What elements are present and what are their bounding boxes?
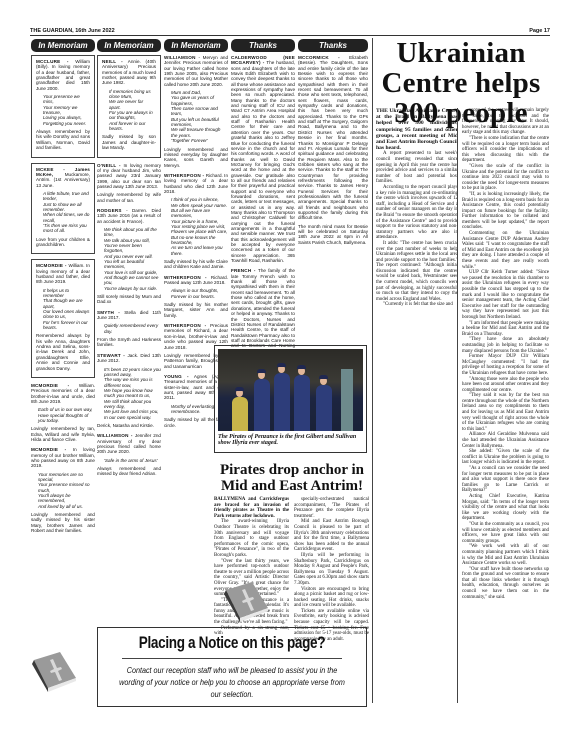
article-paragraph: "As a council can we consider the need f… bbox=[462, 466, 549, 494]
article-paragraph: Visitors are encouraged to bring along a… bbox=[294, 587, 369, 609]
notice-verse: Your presence we miss,Your memory we tre… bbox=[36, 94, 90, 126]
article-paragraph: "They said it was by far the best run ce… bbox=[462, 393, 549, 432]
notice-verse: A little tribute, true and tender,Just t… bbox=[36, 191, 90, 234]
notice-entry: MCCORMICK - Elizabeth (Bessie). The Daug… bbox=[298, 55, 368, 245]
notice-entry: MCMORDIE - In loving memory of our broth… bbox=[31, 447, 95, 533]
notice-text: WITHERSPOON - Richard. Passed away 12th … bbox=[164, 275, 228, 286]
notice-verse: Always in our thoughts,Forever in our he… bbox=[164, 288, 228, 299]
verse-line: You've never been forgotten, bbox=[104, 243, 161, 254]
notice-entry: MCMORDIE - William. In loving memory of … bbox=[31, 259, 95, 378]
verse-line: Forever in our hearts. bbox=[171, 294, 228, 299]
memoriam-column-2: In MemoriamNEILL - Annie. (40th Annivers… bbox=[97, 39, 161, 482]
notice-name: RODGERS bbox=[97, 208, 126, 213]
notice-text: NEILL - Annie. (40th Anniversary) Precio… bbox=[102, 59, 156, 86]
article-paragraph: A report presented to last week's counci… bbox=[376, 151, 458, 185]
verse-line: It helps us to remember bbox=[43, 288, 90, 299]
article-paragraph: Illyria will be performing in Shaftesbur… bbox=[294, 553, 369, 587]
verse-line: You left us beautiful memories, bbox=[104, 259, 161, 270]
memoriam-column-1: In MemoriamMCCLURE - William (Billy). In… bbox=[31, 39, 95, 538]
verse-line: Our loved ones always close to us, bbox=[43, 309, 90, 320]
notice-name: MCMORDIE - bbox=[31, 447, 73, 452]
notice-name: MCCORMICK - bbox=[298, 55, 349, 60]
section-banner: Thanks bbox=[298, 39, 368, 52]
article-paragraph: scope of the centres will remain largely… bbox=[462, 108, 549, 136]
notice-signoff: Lovingly remembered and missed everyday … bbox=[164, 147, 228, 168]
notice-body: Elizabeth (Bessie). The Daughters, Sons … bbox=[298, 55, 368, 220]
verse-line: In our own special way. bbox=[104, 415, 161, 420]
verse-line: You'll always be remembered, bbox=[38, 493, 95, 504]
notice-verse: Mum and Dad,You gave us years of happine… bbox=[164, 90, 228, 143]
verse-line: Quietly remembered every day. bbox=[104, 323, 161, 334]
article-paragraph: Mid and East Antrim Borough Council is p… bbox=[294, 519, 369, 553]
second-article-body-2: specially-orchestrated nautical accompan… bbox=[294, 497, 369, 642]
notice-signoff: Sadly missed by his mother Margaret, sis… bbox=[164, 302, 228, 318]
verse-line: 'Safe in the arms of Jesus' bbox=[104, 458, 161, 463]
publication-line: THE GUARDIAN, 16th June 2022 bbox=[30, 28, 115, 34]
notice-name: SMYTH - bbox=[97, 310, 124, 315]
verse-line: We still think about you every day, bbox=[104, 399, 161, 410]
notice-text: MCMORDIE - In loving memory of our broth… bbox=[31, 447, 95, 468]
column-divider bbox=[457, 108, 458, 703]
notice-verse: Quietly remembered every day. bbox=[97, 323, 161, 334]
verse-line: Forgetting you never. bbox=[43, 121, 90, 126]
placing-notice-title: Placing a Notice on this page? bbox=[127, 634, 337, 653]
verse-line: We will treasure through the years. bbox=[171, 127, 228, 138]
notice-entry: MCMORDIE - William. Precious memories of… bbox=[31, 383, 95, 442]
verse-line: Flowers we place with care, bbox=[171, 229, 228, 234]
verse-line: And forever in our hearts. bbox=[109, 121, 156, 132]
notice-entry: CALDERWOOD (NEE MCGARVEY) - The husband,… bbox=[231, 55, 295, 263]
article-paragraph: specially-orchestrated nautical accompan… bbox=[294, 497, 369, 519]
verse-line: Have special thoughts of you today. bbox=[38, 413, 95, 424]
photo-caption: The Pirates of Penzance is the first Gil… bbox=[218, 434, 363, 447]
notice-verse: It helps us to rememberThat though we ar… bbox=[36, 288, 90, 331]
verse-line: Your memories are so special, bbox=[38, 472, 95, 483]
article-paragraph: "They have done an absolutely outstandin… bbox=[462, 337, 549, 354]
verse-line: The way we miss you is different now, bbox=[104, 377, 161, 388]
notice-text: O'NEILL - In loving memory of my dear hu… bbox=[97, 163, 161, 190]
placing-notice-body: Contact our reception staff who will be … bbox=[117, 665, 347, 701]
article-paragraph: "Out in the community as a council, you … bbox=[462, 522, 549, 544]
article-paragraph: "Given the scale of the conflict in Ukra… bbox=[462, 164, 549, 192]
notice-text: SMYTH - Stella died 11th June 2017. bbox=[97, 310, 161, 321]
second-headline: Pirates drop anchor in Mid and East Antr… bbox=[214, 462, 370, 494]
article-paragraph: "Currently it is felt that the size and bbox=[376, 302, 458, 308]
article-paragraph: "There is some indication that the centr… bbox=[462, 136, 549, 164]
notice-signoff: Lovingly remembered by Ian, Edna, Willar… bbox=[31, 426, 95, 442]
notice-text: MCMORDIE - William. In loving memory of … bbox=[36, 263, 90, 284]
notice-name: STEWART - bbox=[97, 353, 127, 358]
verse-line: We are never far apart. bbox=[109, 99, 156, 110]
verse-line: You're always by our side. bbox=[104, 286, 161, 291]
notice-signoff: Lovingly remembered and sadly missed by … bbox=[31, 512, 95, 533]
placing-notice-box: Placing a Notice on this page? Contact o… bbox=[97, 627, 367, 707]
article-paragraph: Former Mayor DUP Cllr William McCaughey … bbox=[462, 354, 549, 376]
notice-body: The husband, sons and daughters of the l… bbox=[231, 60, 295, 263]
notice-entry: RODGERS - Darren. Died 13th June 2016 (a… bbox=[97, 208, 161, 305]
bible-cross-icon bbox=[30, 650, 80, 692]
notice-signoff: Always remembered by his wife Dorothy an… bbox=[36, 129, 90, 150]
verse-line: Your presence we miss, bbox=[43, 94, 90, 105]
notice-entry: O'NEILL - In loving memory of my dear hu… bbox=[97, 163, 161, 203]
notice-signoff: Always remembered and missed by dear fri… bbox=[97, 466, 161, 477]
verse-line: For he's forever in our hearts. bbox=[43, 320, 90, 331]
notice-text: RODGERS - Darren. Died 13th June 2016 (a… bbox=[97, 208, 161, 224]
notice-entry: WILLIAMSON - Mervyn and Jennifer. Precio… bbox=[164, 55, 228, 168]
verse-line: And loved by all of us. bbox=[38, 504, 95, 509]
column-divider bbox=[372, 38, 373, 703]
notice-text: WILLIAMSON - Jennifer 2nd Anniversary of… bbox=[97, 433, 161, 454]
notice-signoff: Remembered always by his wife Anna, daug… bbox=[36, 333, 90, 370]
notice-verse: 'Safe in the arms of Jesus' bbox=[97, 458, 161, 463]
pirates-photo bbox=[218, 349, 363, 431]
section-banner: In Memoriam bbox=[31, 39, 95, 52]
verse-line: Then came sorrow and tears, bbox=[171, 106, 228, 117]
verse-line: Each of us in our own way, bbox=[38, 407, 95, 412]
article-paragraph: Alliance Ald Geraldine Mulvenna said she… bbox=[462, 432, 549, 449]
notice-signoff: From the Smyth and Harkness families. bbox=[97, 337, 161, 348]
notice-verse: Your memories are so special,Your presen… bbox=[31, 472, 95, 509]
main-article-body-1: A report presented to last week's counci… bbox=[376, 151, 458, 308]
notice-name: WITHERSPOON - bbox=[164, 275, 211, 280]
notice-signoff: Love from your children & grandchildren. bbox=[36, 237, 90, 248]
notice-entry: WITHERSPOON - Richard. In loving memory … bbox=[164, 173, 228, 270]
notice-entry: WILLIAMSON - Jennifer 2nd Anniversary of… bbox=[97, 433, 161, 476]
verse-line: For you are always in our thoughts, bbox=[109, 110, 156, 121]
notice-entry: WITHERSPOON - Richard. Passed away 12th … bbox=[164, 275, 228, 318]
verse-line: Just to show we all remember. bbox=[43, 202, 90, 213]
verse-line: You gave us years of happiness, bbox=[171, 95, 228, 106]
notice-entry: STEWART - Jack. Died 13th June 2012.It's… bbox=[97, 353, 161, 428]
verse-line: As we turn and leave you there. bbox=[171, 245, 228, 256]
verse-line: It's been 10 years since you passed away… bbox=[104, 367, 161, 378]
notice-entry: NEILL - Annie. (40th Anniversary) Precio… bbox=[97, 55, 161, 158]
bible-cross-icon bbox=[222, 580, 272, 622]
article-paragraph: She added: "Given the scale of the confl… bbox=[462, 449, 549, 466]
notice-text: CALDERWOOD (NEE MCGARVEY) - The husband,… bbox=[231, 55, 295, 263]
article-paragraph: The award-winning Illyria Outdoor Theatr… bbox=[214, 519, 289, 558]
verse-line: When old times, we do recall, bbox=[43, 212, 90, 223]
notice-signoff: Derick, Natasha and Kirstie. bbox=[97, 423, 161, 428]
notice-verse: I think of you in silence,We often speak… bbox=[164, 197, 228, 256]
verse-line: Your presence missed so much, bbox=[38, 482, 95, 493]
article-paragraph: "I am informed that people were making a… bbox=[462, 321, 549, 338]
notice-name: MCMORDIE - bbox=[31, 383, 79, 388]
notice-text: MCCORMICK - Elizabeth (Bessie). The Daug… bbox=[298, 55, 368, 221]
notice-text: STEWART - Jack. Died 13th June 2012. bbox=[97, 353, 161, 364]
notice-body: - Mervyn and Jennifer. Precious memories… bbox=[164, 55, 228, 87]
notice-verse: We think about you all the time,We talk … bbox=[97, 227, 161, 291]
notice-signoff: Sadly missed by his wife Claire and chil… bbox=[164, 259, 228, 270]
notice-body: William (Billy). In loving memory of a d… bbox=[36, 59, 90, 91]
verse-line: If memories bring us close Mum, bbox=[109, 89, 156, 100]
notice-extra: The month mind mass for Bessie will be c… bbox=[298, 224, 368, 245]
verse-line: But all we have are memories, bbox=[171, 208, 228, 219]
notice-name: WITHERSPOON - bbox=[164, 173, 206, 178]
notice-name: WILLIAMSON bbox=[164, 55, 198, 60]
verse-line: And though we cannot see you, bbox=[104, 275, 161, 286]
notice-name: WITHERSPOON - bbox=[164, 323, 210, 328]
verse-line: A little tribute, true and tender, bbox=[43, 191, 90, 202]
photo-box: The Pirates of Penzance is the first Gil… bbox=[214, 345, 367, 453]
second-article-lead: BALLYMENA and Carrickfergus are braced f… bbox=[214, 497, 289, 519]
notice-verse: If memories bring us close Mum,We are ne… bbox=[102, 89, 156, 132]
verse-line: 'Tis then we miss you most of all. bbox=[43, 223, 90, 234]
notice-text: WITHERSPOON - Richard. In loving memory … bbox=[164, 173, 228, 194]
article-paragraph: It adds: "The centre has been crucial ov… bbox=[376, 241, 458, 303]
notice-entry: MCCLURE - William (Billy). In loving mem… bbox=[31, 55, 95, 158]
page-header: THE GUARDIAN, 16th June 2022 Page 17 bbox=[30, 27, 550, 36]
notice-name: MCCLURE - bbox=[36, 59, 75, 64]
verse-line: 'Together Forever' bbox=[171, 138, 228, 143]
notice-signoff: Still sorely missed by Mum and Dad.xx bbox=[97, 294, 161, 305]
verse-line: We think about you all the time, bbox=[104, 227, 161, 238]
notice-verse: It's been 10 years since you passed away… bbox=[97, 367, 161, 420]
article-paragraph: Acting Chief Executive, Katrina Morgan, … bbox=[462, 494, 549, 522]
verse-line: That though we are apart, bbox=[43, 298, 90, 309]
verse-line: But no-one knows the heartache, bbox=[171, 235, 228, 246]
notice-signoff: Lovingly remembered by wife and mother o… bbox=[97, 192, 161, 203]
notice-entry: SMYTH - Stella died 11th June 2017.Quiet… bbox=[97, 310, 161, 348]
notice-text: MCCLURE - William (Billy). In loving mem… bbox=[36, 59, 90, 91]
notice-text: MCKEE - James McKee, Muckamore, Antrim. … bbox=[36, 167, 90, 188]
main-article-col-2: scope of the centres will remain largely… bbox=[462, 108, 549, 600]
notice-name: WILLIAMSON - bbox=[97, 433, 135, 438]
article-paragraph: UUP Cllr Keith Turner added: "Since we p… bbox=[462, 270, 549, 320]
notice-entry: MCKEE - James McKee, Muckamore, Antrim. … bbox=[31, 163, 95, 255]
main-article-col-1: THE Ukrainian Assistance Centre at the B… bbox=[376, 108, 458, 308]
article-paragraph: "If, as is looking increasingly likely, … bbox=[462, 192, 549, 231]
verse-line: We just love and miss you, bbox=[104, 409, 161, 414]
main-article-lead: THE Ukrainian Assistance Centre at the B… bbox=[376, 108, 458, 151]
section-banner: Thanks bbox=[231, 39, 295, 52]
notice-name: FRENCH - bbox=[231, 268, 258, 273]
article-paragraph: "We work well with all of our community … bbox=[462, 544, 549, 566]
notice-name: NEILL - bbox=[102, 59, 128, 64]
article-paragraph: According to the report council plays a … bbox=[376, 185, 458, 241]
section-banner: In Memoriam bbox=[97, 39, 161, 52]
article-paragraph: Commenting on the Ukrainian Assistance C… bbox=[462, 231, 549, 270]
notice-verse: Each of us in our own way,Have special t… bbox=[31, 407, 95, 423]
verse-line: Your memory we treasure, bbox=[43, 105, 90, 116]
notice-name: O'NEILL - bbox=[97, 163, 123, 168]
article-paragraph: "Our staff have built those networks up … bbox=[462, 567, 549, 601]
notice-name: YOUNG - bbox=[164, 374, 194, 379]
article-paragraph: "Among those were also the people who ha… bbox=[462, 377, 549, 394]
notice-name: MCMORDIE - bbox=[36, 263, 68, 268]
notice-text: WILLIAMSON - Mervyn and Jennifer. Precio… bbox=[164, 55, 228, 87]
notice-signoff: Sadly missed by son James and daughter-i… bbox=[102, 134, 156, 150]
notice-text: MCMORDIE - William. Precious memories of… bbox=[31, 383, 95, 404]
page-number: Page 17 bbox=[529, 28, 550, 34]
thanks-column-2: ThanksMCCORMICK - Elizabeth (Bessie). Th… bbox=[298, 39, 368, 250]
section-banner: In Memoriam bbox=[164, 39, 228, 52]
second-article-col-2: specially-orchestrated nautical accompan… bbox=[294, 497, 369, 642]
verse-line: We hope you know how much you meant to u… bbox=[104, 388, 161, 399]
verse-line: But you left us beautiful memories, bbox=[171, 117, 228, 128]
divider bbox=[122, 658, 342, 659]
main-article-body-2: scope of the centres will remain largely… bbox=[462, 108, 549, 600]
